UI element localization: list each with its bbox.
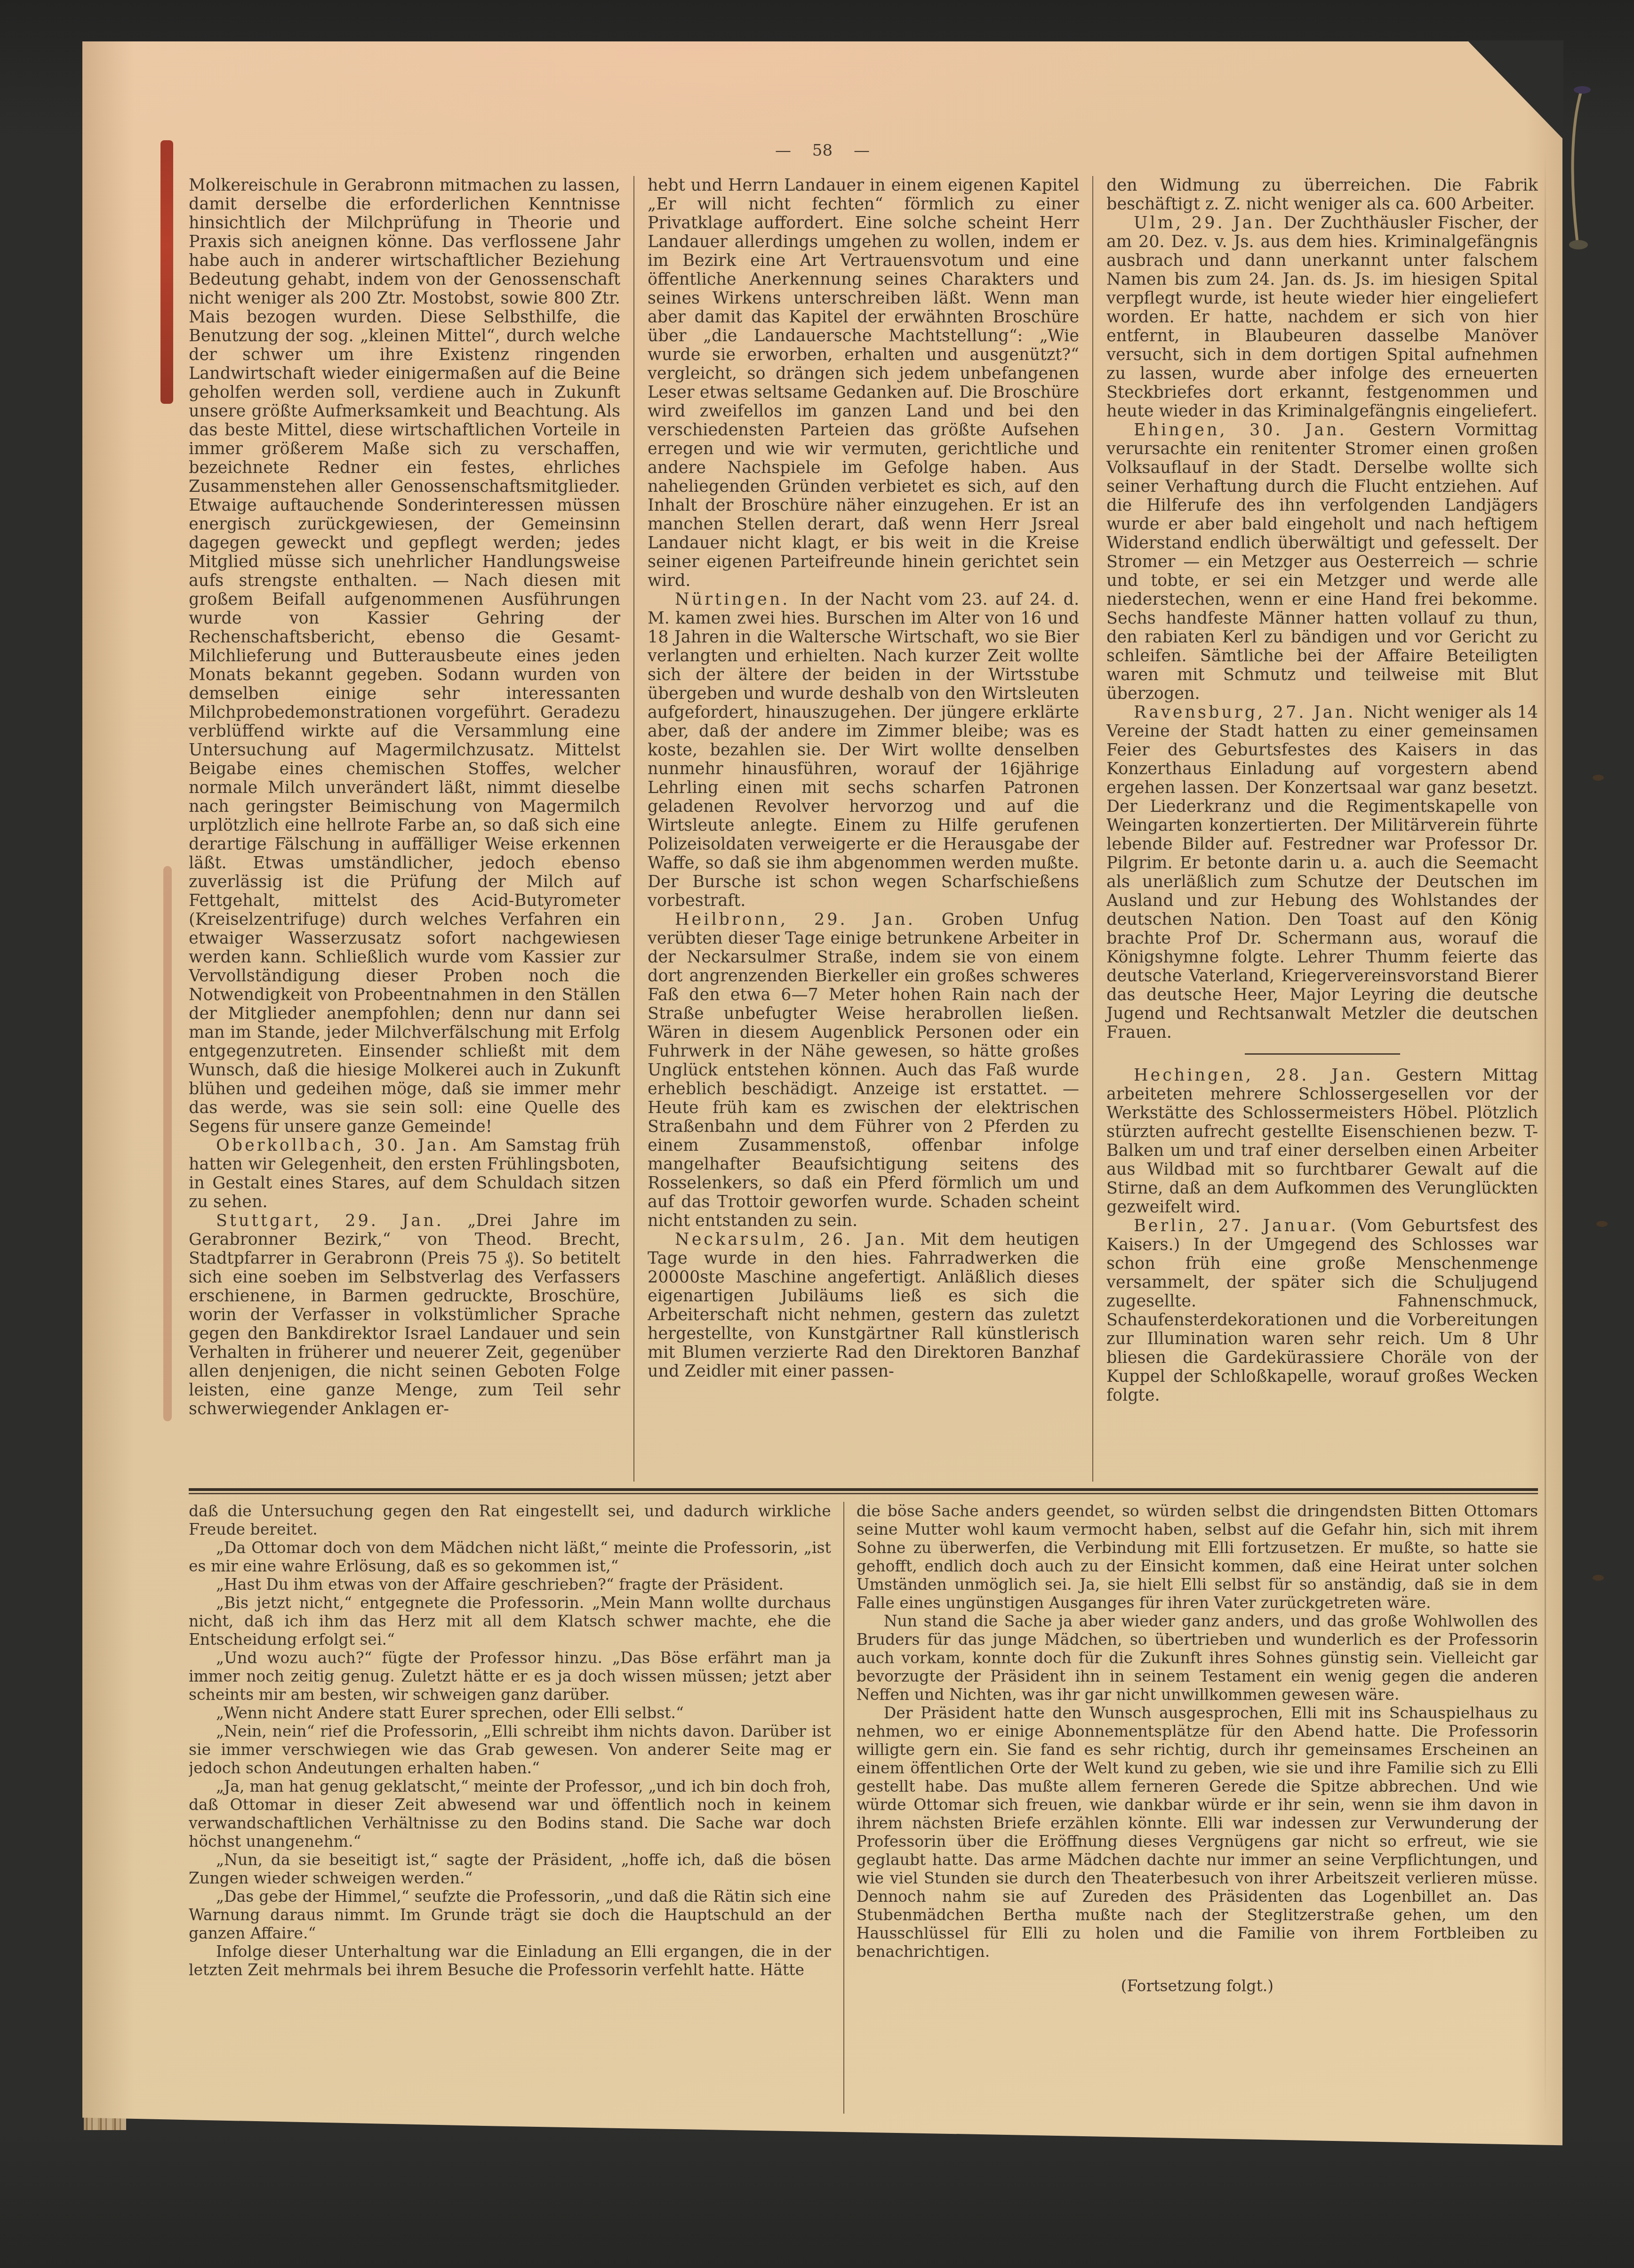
news-item: Ehingen, 30. Jan. Gestern Vormittag veru… — [1106, 421, 1538, 703]
binding-hole-icon — [1596, 1221, 1608, 1227]
paragraph: den Widmung zu überreichen. Die Fabrik b… — [1106, 176, 1538, 214]
feuilleton-column-right: die böse Sache anders geendet, so würden… — [844, 1502, 1538, 2114]
newspaper-page: — 58 — Molkereischule in Gerabronn mitma… — [82, 41, 1562, 2169]
dateline: Neckarsulm, 26. Jan. — [675, 1230, 920, 1249]
paragraph: „Hast Du ihm etwas von der Affaire gesch… — [189, 1575, 831, 1594]
binding-thread-icon — [1565, 84, 1610, 258]
paragraph: „Bis jetzt nicht,“ entgegnete die Profes… — [189, 1594, 831, 1649]
dateline: Heilbronn, 29. Jan. — [675, 910, 942, 929]
paragraph: Infolge dieser Unterhaltung war die Einl… — [189, 1942, 831, 1979]
dateline: Nürtingen. — [675, 590, 800, 609]
news-item: Oberkollbach, 30. Jan. Am Samstag früh h… — [189, 1136, 620, 1211]
paragraph: „Wenn nicht Andere statt Eurer sprechen,… — [189, 1704, 831, 1722]
feuilleton-section-divider — [189, 1488, 1538, 1494]
news-columns: Molkereischule in Gerabronn mitmachen zu… — [189, 176, 1538, 1482]
paragraph: hebt und Herrn Landauer in einem eigenen… — [648, 176, 1079, 590]
feuilleton-column-left: daß die Untersuchung gegen den Rat einge… — [189, 1502, 844, 2114]
sub-section-divider — [1245, 1053, 1400, 1055]
dateline: Berlin, 27. Januar. — [1134, 1217, 1350, 1235]
paragraph: Der Präsident hatte den Wunsch ausgespro… — [857, 1704, 1538, 1961]
paragraph: (Fortsetzung folgt.) — [857, 1977, 1538, 1995]
binding-hole-icon — [1593, 775, 1604, 781]
news-column-2: hebt und Herrn Landauer in einem eigenen… — [633, 176, 1093, 1482]
scanned-newspaper-photo: — 58 — Molkereischule in Gerabronn mitma… — [0, 0, 1634, 2268]
page-body: Molkereischule in Gerabronn mitmachen zu… — [82, 176, 1562, 1482]
dateline: Ravensburg, 27. Jan. — [1134, 703, 1363, 722]
news-item: Ulm, 29. Jan. Der Zuchthäusler Fischer, … — [1106, 214, 1538, 421]
feuilleton-body: daß die Untersuchung gegen den Rat einge… — [82, 1502, 1562, 2114]
dateline: Hechingen, 28. Jan. — [1134, 1066, 1396, 1085]
page-crease-line — [1545, 151, 1546, 2118]
dateline: Stuttgart, 29. Jan. — [216, 1211, 467, 1230]
paragraph: „Das gebe der Himmel,“ seufzte die Profe… — [189, 1887, 831, 1942]
paragraph: daß die Untersuchung gegen den Rat einge… — [189, 1502, 831, 1539]
dateline: Ulm, 29. Jan. — [1134, 214, 1283, 232]
paragraph: „Nun, da sie beseitigt ist,“ sagte der P… — [189, 1851, 831, 1887]
page-number: — 58 — — [82, 141, 1562, 160]
red-page-edge-strip — [160, 140, 173, 404]
news-item: Heilbronn, 29. Jan. Groben Unfug verübte… — [648, 910, 1079, 1230]
paragraph: „Nein, nein“ rief die Professorin, „Elli… — [189, 1722, 831, 1777]
news-item: Ravensburg, 27. Jan. Nicht weniger als 1… — [1106, 703, 1538, 1042]
news-item: Berlin, 27. Januar. (Vom Geburtsfest des… — [1106, 1217, 1538, 1405]
news-item: Stuttgart, 29. Jan. „Drei Jahre im Gerab… — [189, 1211, 620, 1419]
binding-hole-icon — [1593, 1575, 1604, 1581]
news-column-3: den Widmung zu überreichen. Die Fabrik b… — [1093, 176, 1538, 1482]
dateline: Oberkollbach, 30. Jan. — [216, 1136, 470, 1155]
dateline: Ehingen, 30. Jan. — [1134, 421, 1369, 440]
paragraph: Molkereischule in Gerabronn mitmachen zu… — [189, 176, 620, 1136]
red-page-edge-strip-faint — [163, 866, 172, 1421]
paragraph: „Ja, man hat genug geklatscht,“ meinte d… — [189, 1777, 831, 1851]
news-item: Hechingen, 28. Jan. Gestern Mittag arbei… — [1106, 1066, 1538, 1217]
paragraph: die böse Sache anders geendet, so würden… — [857, 1502, 1538, 1612]
feuilleton-section: daß die Untersuchung gegen den Rat einge… — [189, 1502, 1538, 2114]
paragraph: „Da Ottomar doch von dem Mädchen nicht l… — [189, 1539, 831, 1575]
news-column-1: Molkereischule in Gerabronn mitmachen zu… — [189, 176, 633, 1482]
news-item: Nürtingen. In der Nacht vom 23. auf 24. … — [648, 590, 1079, 910]
news-item: Neckarsulm, 26. Jan. Mit dem heutigen Ta… — [648, 1230, 1079, 1381]
paragraph: „Und wozu auch?“ fügte der Professor hin… — [189, 1649, 831, 1704]
paragraph: Nun stand die Sache ja aber wieder ganz … — [857, 1612, 1538, 1704]
